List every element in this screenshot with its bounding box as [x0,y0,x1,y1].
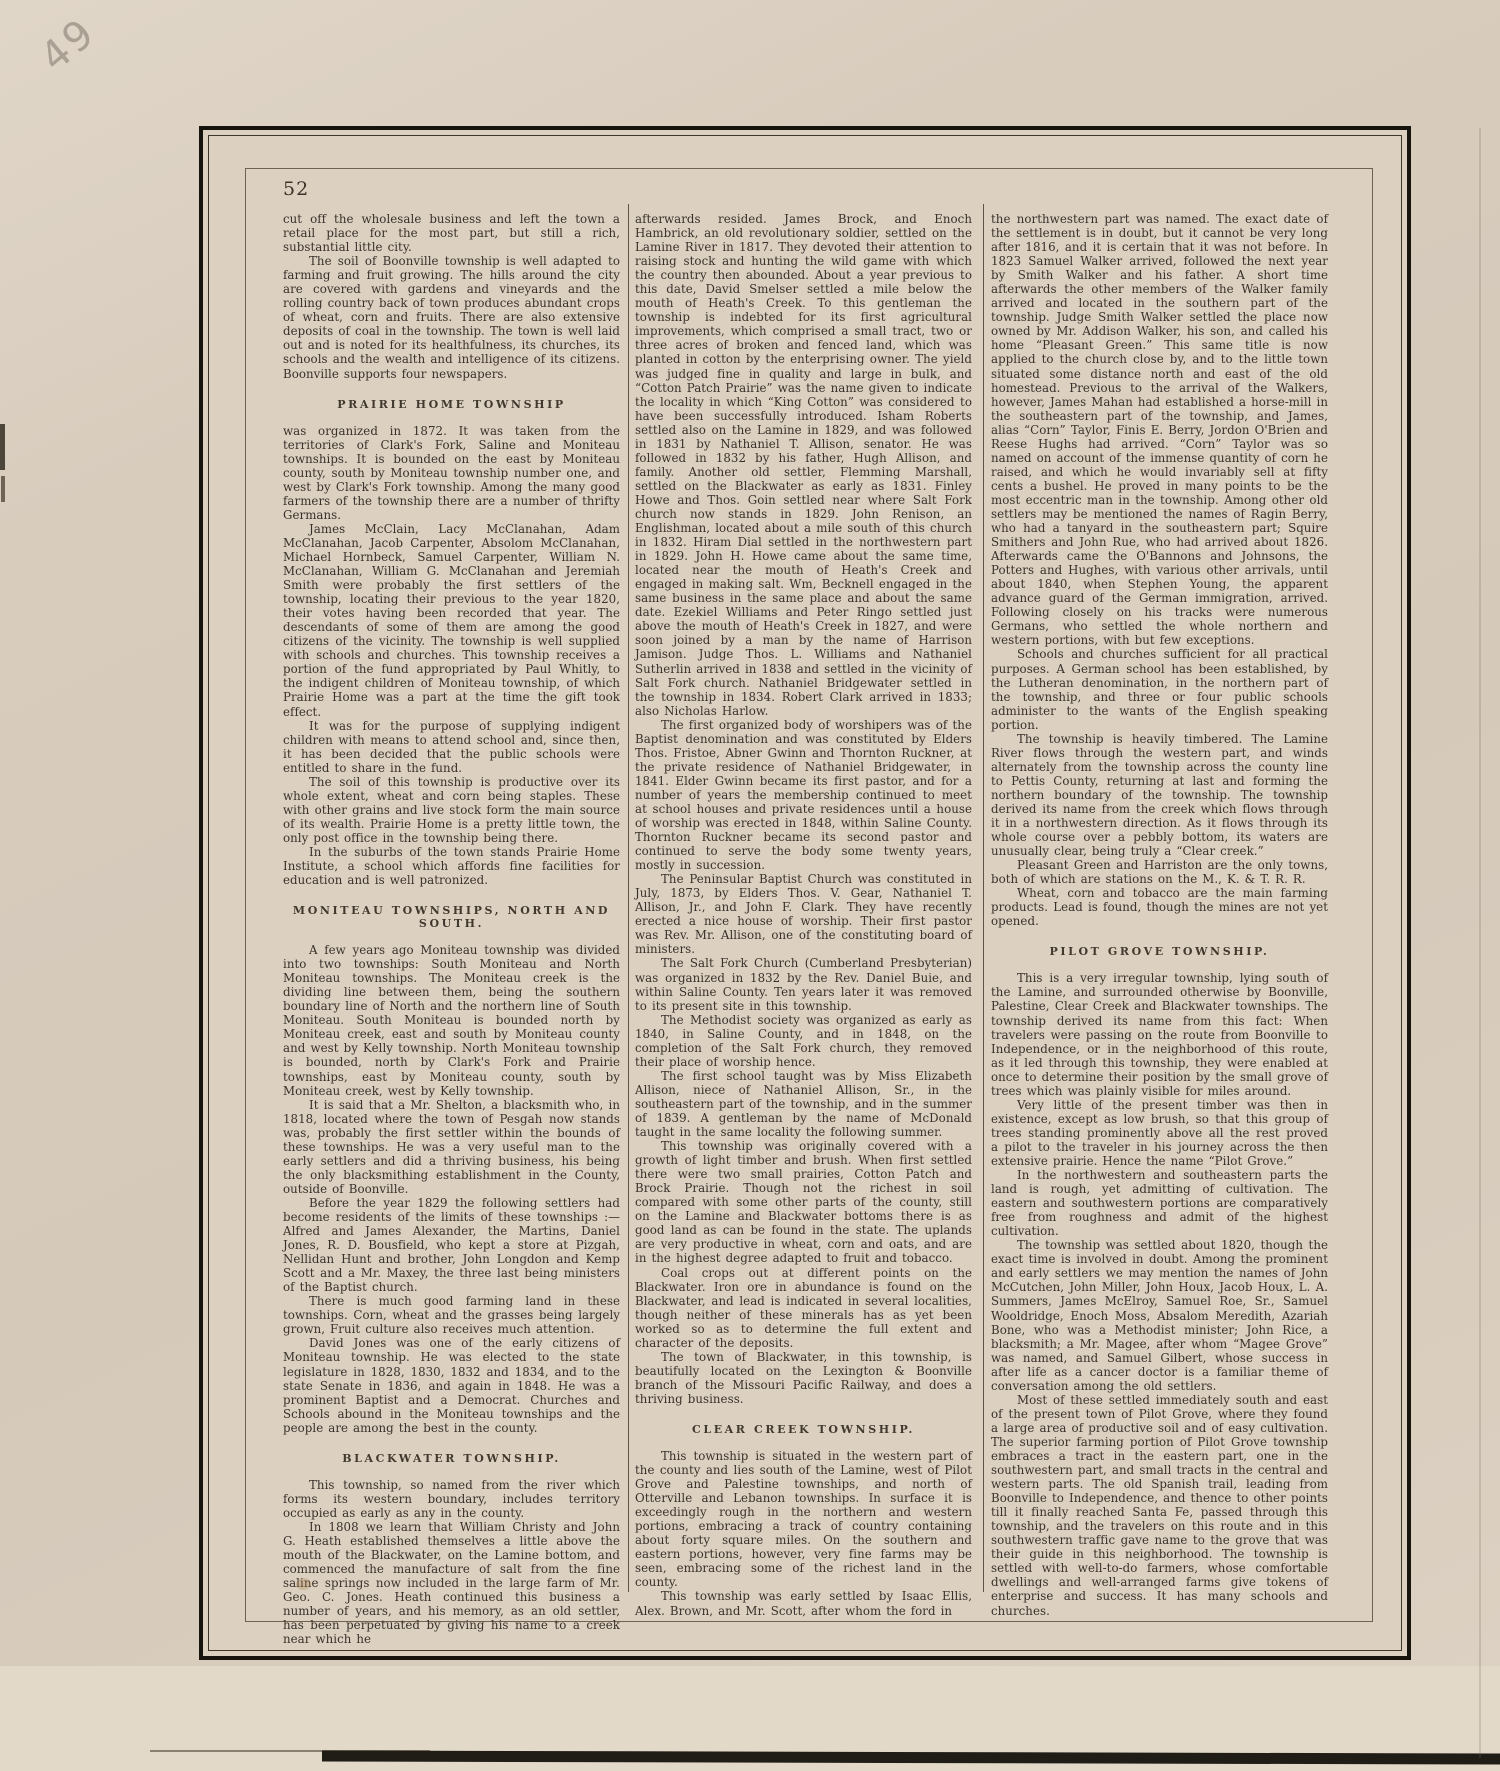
paragraph: The Salt Fork Church (Cumberland Presbyt… [635,956,972,1012]
handwritten-folio-number: 49 [32,9,105,81]
paper-crease [1479,128,1481,1758]
paragraph: The town of Blackwater, in this township… [635,1350,972,1406]
paragraph: the northwestern part was named. The exa… [991,212,1328,647]
section-heading: MONITEAU TOWNSHIPS, NORTH AND SOUTH. [283,904,620,930]
paragraph: In 1808 we learn that William Christy an… [283,1520,620,1646]
paragraph: This is a very irregular township, lying… [991,971,1328,1097]
paper-stain [296,1578,311,1590]
paragraph: The Methodist society was organized as e… [635,1013,972,1069]
text-column-3: the northwestern part was named. The exa… [991,212,1328,1618]
page-frame: 52 cut off the wholesale business and le… [199,126,1411,1660]
column-divider-right [983,204,984,1592]
paragraph: This township is situated in the western… [635,1449,972,1589]
section-heading: PRAIRIE HOME TOWNSHIP [283,398,620,411]
paragraph: A few years ago Moniteau township was di… [283,943,620,1098]
paragraph: This township was originally covered wit… [635,1139,972,1265]
paragraph: The first school taught was by Miss Eliz… [635,1069,972,1139]
section-heading: CLEAR CREEK TOWNSHIP. [635,1423,972,1436]
scan-edge-mark [0,424,5,470]
paragraph: The township is heavily timbered. The La… [991,732,1328,858]
paragraph: In the northwestern and southeastern par… [991,1168,1328,1238]
paragraph: James McClain, Lacy McClanahan, Adam McC… [283,522,620,719]
column-divider-left [628,204,629,1592]
paragraph: Coal crops out at different points on th… [635,1266,972,1350]
section-heading: PILOT GROVE TOWNSHIP. [991,945,1328,958]
text-column-2: afterwards resided. James Brock, and Eno… [635,212,972,1618]
paragraph: There is much good farming land in these… [283,1294,620,1336]
scanned-book-page: { "page": { "handwritten_number": "49", … [0,0,1500,1771]
section-heading: BLACKWATER TOWNSHIP. [283,1452,620,1465]
paragraph: The soil of this township is productive … [283,775,620,845]
paragraph: Schools and churches sufficient for all … [991,647,1328,731]
paragraph: This township was early settled by Isaac… [635,1589,972,1617]
paragraph: Most of these settled immediately south … [991,1393,1328,1618]
paragraph: was organized in 1872. It was taken from… [283,424,620,522]
paragraph: The first organized body of worshipers w… [635,718,972,873]
paragraph: afterwards resided. James Brock, and Eno… [635,212,972,718]
paragraph: Before the year 1829 the following settl… [283,1196,620,1294]
paragraph: Very little of the present timber was th… [991,1098,1328,1168]
paragraph: It is said that a Mr. Shelton, a blacksm… [283,1098,620,1196]
paragraph: The Peninsular Baptist Church was consti… [635,872,972,956]
paragraph: The township was settled about 1820, tho… [991,1238,1328,1393]
page-number: 52 [283,178,309,200]
paragraph: This township, so named from the river w… [283,1478,620,1520]
paragraph: In the suburbs of the town stands Prairi… [283,845,620,887]
scan-edge-mark [1,476,5,502]
paragraph: David Jones was one of the early citizen… [283,1336,620,1434]
paragraph: Wheat, corn and tobacco are the main far… [991,886,1328,928]
paragraph: Pleasant Green and Harriston are the onl… [991,858,1328,886]
paragraph: It was for the purpose of supplying indi… [283,719,620,775]
paragraph: The soil of Boonville township is well a… [283,254,620,380]
text-column-1: cut off the wholesale business and left … [283,212,620,1646]
paragraph: cut off the wholesale business and left … [283,212,620,254]
